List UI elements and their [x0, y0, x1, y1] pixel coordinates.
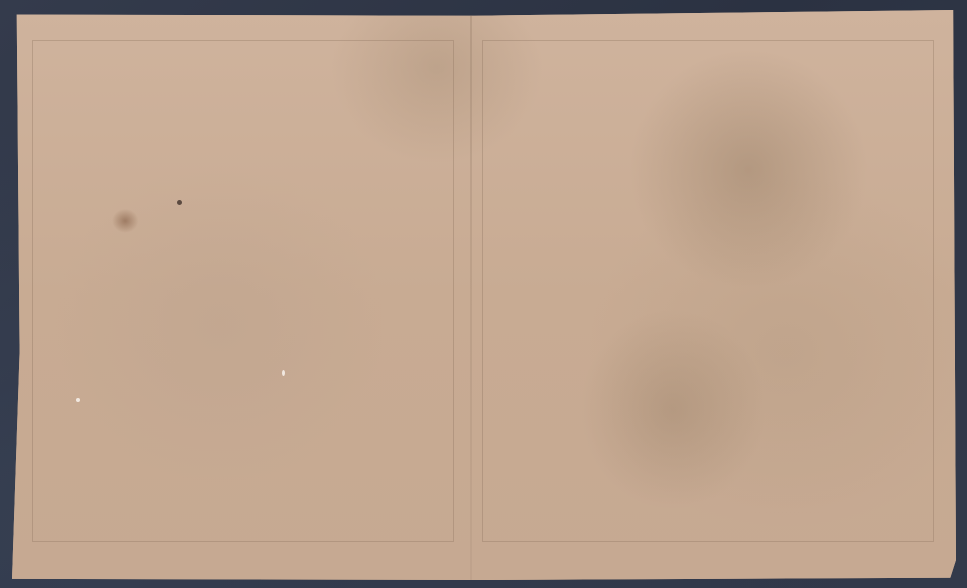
paper-speck — [76, 398, 80, 402]
paper-speck — [282, 370, 285, 376]
paper-spot — [177, 200, 182, 205]
stamp-division-line — [470, 10, 472, 580]
stamp-pair-back — [12, 10, 956, 580]
left-stamp-show-through-frame — [32, 40, 454, 542]
right-stamp-show-through-frame — [482, 40, 934, 542]
